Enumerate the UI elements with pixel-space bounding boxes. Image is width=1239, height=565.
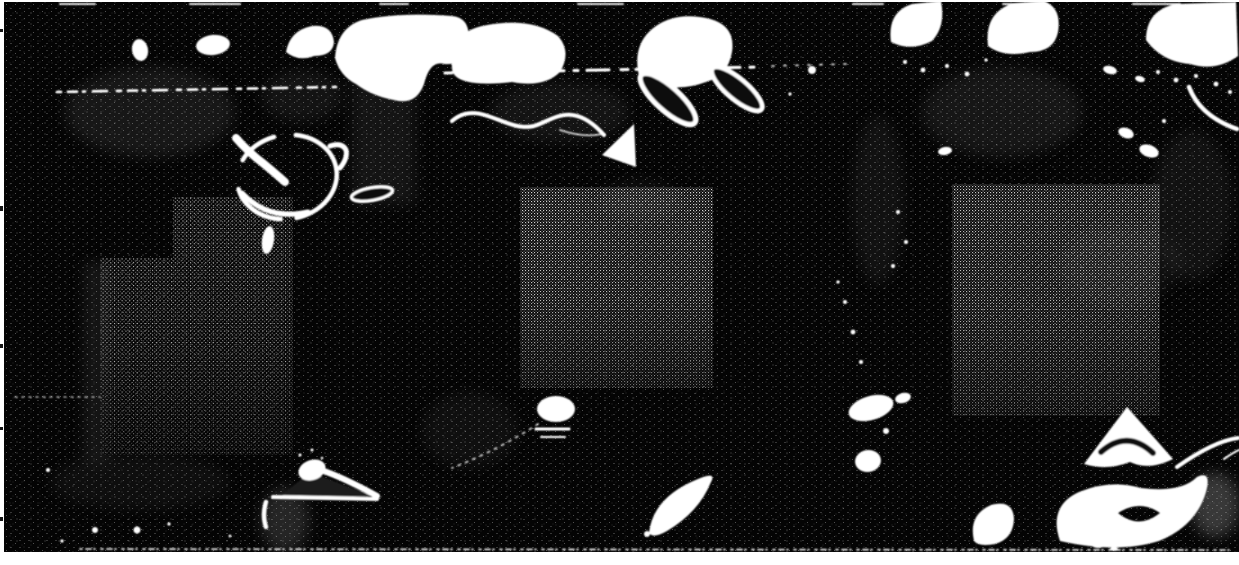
circle-shape (46, 468, 50, 472)
circle-shape (851, 330, 856, 335)
ellipse-shape (537, 396, 575, 422)
circle-shape (299, 454, 302, 457)
circle-shape (843, 300, 847, 304)
circle-shape (1174, 78, 1179, 83)
rect-shape (0, 344, 3, 348)
path-shape (273, 497, 377, 499)
path-shape (452, 23, 566, 84)
circle-shape (921, 68, 926, 73)
circle-shape (883, 428, 889, 434)
circle-shape (60, 539, 63, 542)
circle-shape (167, 522, 170, 525)
circle-shape (1162, 119, 1166, 123)
grain-layer (4, 2, 1239, 552)
path-shape (264, 502, 266, 527)
rect-shape (0, 517, 3, 521)
circle-shape (945, 64, 949, 68)
circle-shape (904, 240, 908, 244)
halftone-photo (0, 0, 1239, 565)
rect-shape (4, 2, 1239, 552)
circle-shape (965, 72, 970, 77)
rect-shape (0, 206, 3, 211)
rect-shape (0, 29, 3, 32)
ellipse-shape (1092, 542, 1104, 548)
circle-shape (859, 360, 863, 364)
circle-shape (1228, 90, 1232, 94)
circle-shape (896, 210, 900, 214)
circle-shape (1156, 70, 1160, 74)
circle-shape (788, 92, 791, 95)
circle-shape (808, 66, 816, 74)
halftone-photo-figure (0, 0, 1239, 565)
circle-shape (1214, 82, 1219, 87)
circle-shape (134, 527, 141, 534)
circle-shape (92, 527, 98, 533)
circle-shape (903, 60, 907, 64)
circle-shape (321, 457, 324, 460)
circle-shape (984, 58, 987, 61)
circle-shape (836, 280, 839, 283)
circle-shape (1194, 74, 1198, 78)
circle-shape (229, 535, 232, 538)
circle-shape (891, 264, 895, 268)
circle-shape (311, 449, 314, 452)
rect-shape (0, 427, 3, 430)
circle-shape (644, 531, 650, 537)
